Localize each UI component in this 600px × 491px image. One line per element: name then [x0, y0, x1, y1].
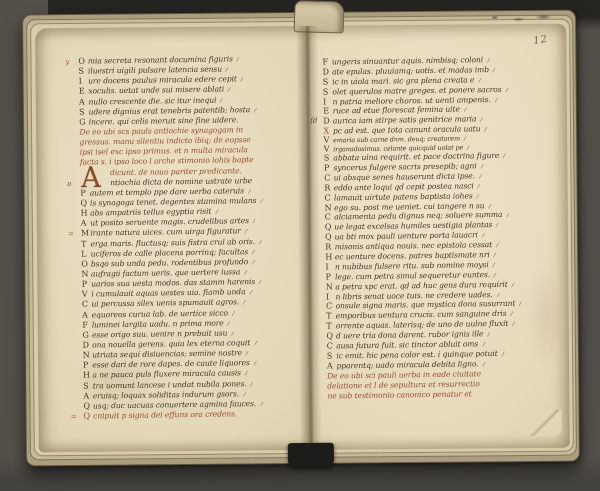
- margin-mark: =: [68, 229, 74, 239]
- line-initial: E: [323, 107, 333, 117]
- line-initial: S: [79, 107, 89, 117]
- line-text: xoculis. uetat unde sui misere ablati: [88, 85, 224, 96]
- line-initial: S: [327, 351, 337, 361]
- line-initial: N: [325, 203, 335, 213]
- line-initial: C: [325, 213, 335, 223]
- line-initial: S: [323, 87, 333, 97]
- line-initial: V: [82, 290, 92, 300]
- line-initial: Q: [84, 411, 94, 421]
- line-initial: P: [83, 361, 93, 371]
- line-initial: I: [326, 292, 336, 302]
- line-text: ntiochia dicta de nomine ustrate urbe: [110, 176, 252, 187]
- line-initial: C: [324, 193, 334, 203]
- line-text: luminei largita uadu. n prima more: [92, 318, 224, 329]
- line-initial: G: [79, 117, 89, 127]
- margin-mark: ſd: [310, 117, 317, 127]
- right-page-lines: Fungeris sinuantur aquis. nimbisq; colon…: [322, 54, 567, 401]
- line-initial: N: [81, 269, 91, 279]
- line-initial: Q: [83, 401, 93, 411]
- line-initial: S: [83, 381, 93, 391]
- line-initial: H: [325, 252, 335, 262]
- line-initial: S: [78, 67, 88, 77]
- line-initial: H: [83, 371, 93, 381]
- line-initial: L: [81, 249, 91, 259]
- line-initial: E: [79, 87, 89, 97]
- fore-edge-ink-marks: [486, 11, 558, 25]
- line-text: dicunt. de nouo pariter predicante.: [110, 166, 242, 177]
- line-initial: I: [323, 97, 333, 107]
- line-initial: D: [323, 117, 333, 127]
- spine-bottom-notch: [288, 443, 334, 467]
- line-initial: A: [81, 219, 91, 229]
- margin-mark: a: [67, 178, 71, 188]
- line-initial: T: [326, 312, 336, 322]
- line-initial: Q: [80, 198, 90, 208]
- line-initial: Q: [325, 233, 335, 243]
- line-initial: R: [325, 243, 335, 253]
- right-page-text: Fungeris sinuantur aquis. nimbisq; colon…: [322, 54, 567, 401]
- line-initial: A: [327, 361, 337, 371]
- line-initial: P: [324, 163, 334, 173]
- line-text: esse origo suu. uenire n prebuit usu: [92, 328, 228, 339]
- line-initial: F: [322, 57, 332, 67]
- folio-number: 12: [533, 34, 549, 47]
- line-text: nullo crescente die. sic itur inequi: [88, 95, 216, 106]
- line-initial: A: [79, 97, 89, 107]
- line-text: abs ampatriis tellus egyptia risit: [90, 207, 211, 218]
- manuscript-photo: 12 A yOmia secreta resonant documina fig…: [0, 0, 600, 491]
- open-book: 12 A yOmia secreta resonant documina fig…: [22, 10, 580, 467]
- line-initial: Q: [326, 332, 336, 342]
- line-initial: P: [326, 272, 336, 282]
- line-initial: A: [82, 310, 92, 320]
- line-initial: A: [83, 391, 93, 401]
- left-page-lines: yOmia secreta resonant documina figuris/…: [78, 53, 309, 421]
- line-initial: O: [81, 259, 91, 269]
- line-initial: S: [324, 154, 334, 164]
- line-initial: R: [324, 183, 334, 193]
- line-initial: N: [326, 282, 336, 292]
- line-initial: M: [81, 229, 91, 239]
- line-initial: G: [82, 330, 92, 340]
- page-corner-fold: [528, 410, 562, 436]
- margin-mark: =: [71, 412, 77, 422]
- margin-mark: y: [65, 57, 69, 67]
- line-initial: H: [81, 209, 91, 219]
- line-initial: P: [82, 280, 92, 290]
- line-initial: I: [325, 262, 335, 272]
- line-initial: I: [79, 77, 89, 87]
- line-initial: S: [323, 77, 333, 87]
- line-initial: V: [324, 145, 334, 154]
- line-text: cnipuit p signa dei effuns ora credens.: [93, 409, 237, 420]
- line-initial: D: [83, 340, 93, 350]
- line-text: ne sub testimonio canonico penatur et: [327, 389, 471, 400]
- line-initial: D: [323, 67, 333, 77]
- left-page-text: A yOmia secreta resonant documina figuri…: [78, 53, 309, 421]
- page-spread: 12 A yOmia secreta resonant documina fig…: [35, 24, 570, 453]
- line-initial: C: [326, 302, 336, 312]
- line-text: iluestri uigili pulsare latencia sensu: [88, 65, 222, 76]
- line-initial: T: [81, 239, 91, 249]
- line-initial: T: [326, 322, 336, 332]
- drop-cap-initial: A: [81, 166, 101, 192]
- line-initial: C: [82, 300, 92, 310]
- line-text: equoreos curua lab. de uertice sicco: [92, 308, 228, 319]
- line-initial: C: [327, 341, 337, 351]
- line-initial: O: [78, 56, 88, 66]
- line-initial: Q: [325, 223, 335, 233]
- line-initial: F: [82, 320, 92, 330]
- line-initial: C: [324, 173, 334, 183]
- line-initial: N: [83, 351, 93, 361]
